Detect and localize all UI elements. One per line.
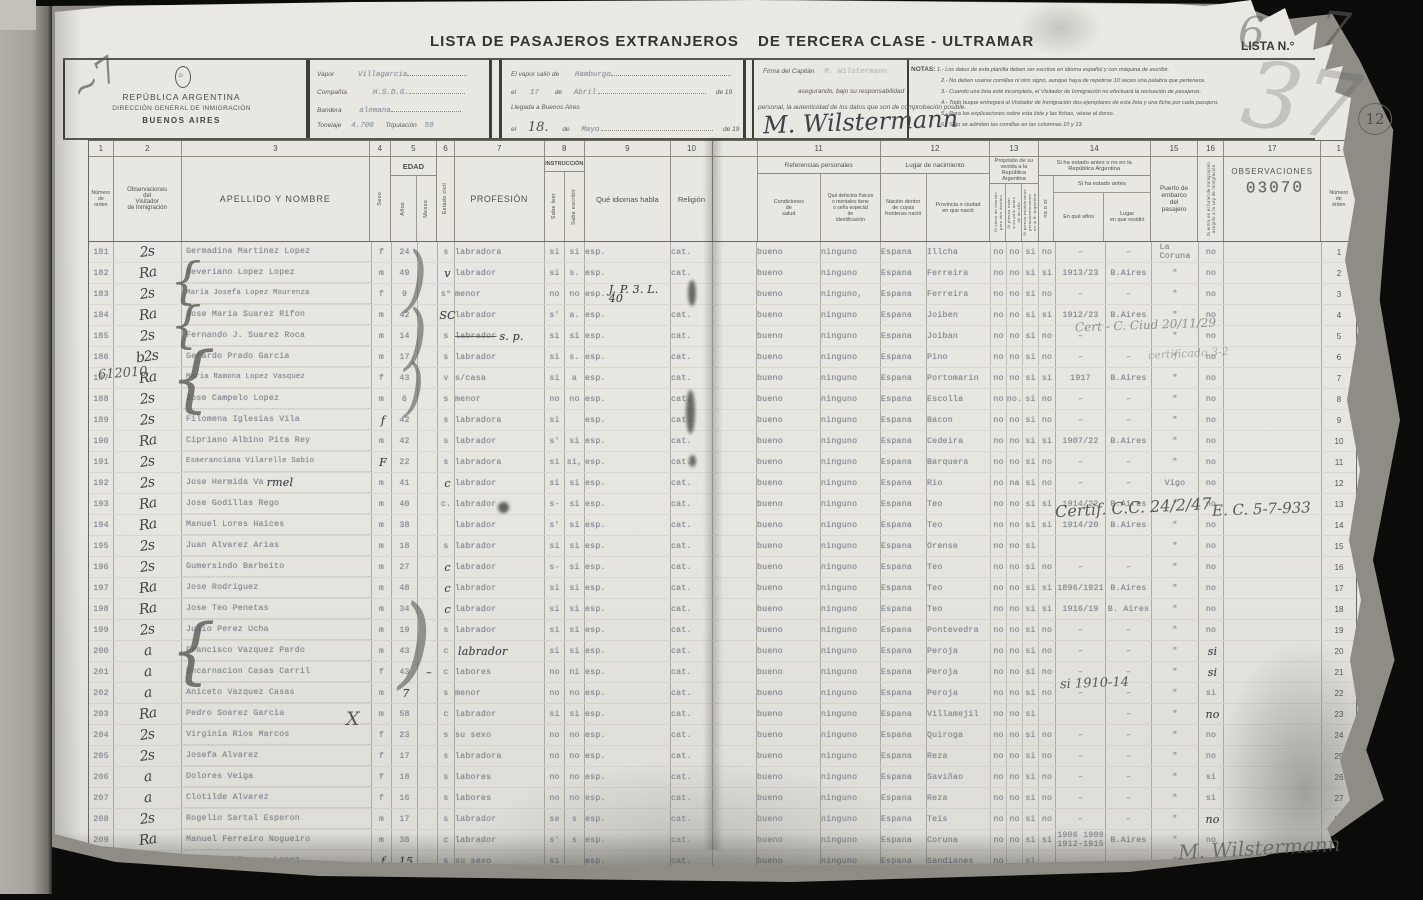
cell-nacion: Espana (880, 452, 926, 472)
cell-anos: 41 (391, 473, 417, 493)
cell-nacion: Espana (880, 557, 926, 577)
cell-idioma: esp. (584, 641, 670, 661)
cell-prof: labradora (454, 242, 544, 262)
cell-provincia: Portomarin (926, 368, 990, 388)
cell-provincia: Escolla (926, 389, 990, 409)
col-hotel-inmigracion: 16Si entra en el hotel de Inmigración ac… (1197, 141, 1223, 241)
cell-name: Cipriano Albino Pita Rey (181, 431, 371, 451)
cell-num: 185 (89, 326, 113, 346)
cell-sex: m (371, 494, 391, 514)
cell-nacion: Espana (880, 788, 926, 808)
cell-p2: no. (1006, 389, 1022, 409)
nota-5: 5.- Para las explicaciones sobre esta li… (941, 111, 1114, 117)
cell-idioma: esp. (584, 263, 670, 283)
cell-defecto: ninguno, (820, 284, 880, 304)
cell-provincia: Teo (926, 557, 990, 577)
document-page: LISTA DE PASAJEROS EXTRANJEROS DE TERCER… (55, 0, 1367, 866)
cell-leer: si (544, 473, 564, 493)
cell-civil: c (437, 473, 454, 493)
cell-puerto: " (1151, 662, 1198, 682)
cell-sex: F (371, 452, 391, 472)
cell-anos: 40 (391, 494, 417, 514)
hw-age-loop: ) (404, 352, 424, 424)
cell-obs: 2s (113, 809, 181, 829)
notas-label: NOTAS: (911, 66, 935, 73)
cell-civil: s (437, 326, 454, 346)
cell-provincia: Peroja (926, 641, 990, 661)
cell-anos2: – (1055, 242, 1105, 262)
cell-num: 184 (89, 305, 113, 325)
cell-antes: no (1038, 347, 1055, 367)
cell-p1: no (990, 809, 1006, 829)
vapor-value: Villagarcia (358, 71, 408, 79)
cell-leer: no (544, 788, 564, 808)
cell-name: Josefa Alvarez (181, 746, 371, 766)
hw-age-loop: ) (398, 585, 432, 700)
cell-nacion: Espana (880, 578, 926, 598)
cell-c16: no (1198, 410, 1223, 430)
cell-idioma: esp. (584, 557, 670, 577)
cell-defecto: ninguno (820, 515, 880, 535)
cell-civil: c (437, 557, 454, 577)
cell-gap (712, 830, 756, 850)
compania-label: Compañía (317, 89, 347, 96)
nota-4: 4.- Todo buque entregará al Visitador de… (941, 100, 1219, 106)
cell-meses (417, 536, 437, 556)
cell-provincia: Reza (926, 788, 990, 808)
cell-escribir: si (564, 326, 584, 346)
cell-civil: s (437, 767, 454, 787)
cell-escribir: no (564, 767, 584, 787)
el-label2: el (511, 126, 516, 133)
cell-provincia: Coruna (926, 830, 990, 850)
ink-smudge (688, 280, 696, 306)
cell-sex: m (371, 641, 391, 661)
nota-2: 2.- No deben usarse comillas ni otro sig… (941, 78, 1206, 84)
cell-name: Jose Hermida Varmel (181, 473, 371, 493)
cell-defecto: ninguno (820, 683, 880, 703)
cell-prof: labrador (454, 473, 544, 493)
cell-provincia: Reza (926, 746, 990, 766)
cell-puerto: " (1151, 536, 1198, 556)
cell-sex: m (371, 557, 391, 577)
cell-escribir: no (564, 284, 584, 304)
cell-num: 206 (89, 767, 113, 787)
cell-c16: no (1198, 809, 1223, 829)
cell-num: 204 (89, 725, 113, 745)
cell-p2: no (1006, 263, 1022, 283)
cell-c16: no (1198, 536, 1223, 556)
cell-salud: bueno (756, 620, 820, 640)
cell-puerto: " (1151, 704, 1198, 724)
cell-salud: bueno (756, 515, 820, 535)
cell-meses (417, 494, 437, 514)
cell-obs17 (1223, 809, 1321, 829)
cell-idioma: esp.J. P. 3. L. 40 (584, 284, 670, 304)
cell-prof: labrador (454, 704, 544, 724)
cell-p3: si (1022, 305, 1038, 325)
cell-obs17 (1223, 746, 1321, 766)
cell-salud: bueno (756, 662, 820, 682)
cell-name: Gumersindo Barbeito (181, 557, 371, 577)
cell-c16: no (1198, 431, 1223, 451)
cell-obs17 (1223, 578, 1321, 598)
cell-idioma: esp. (584, 452, 670, 472)
cell-p1: no (990, 347, 1006, 367)
cell-lugar: B.Aires (1105, 830, 1151, 850)
cell-leer: si (544, 641, 564, 661)
cell-p1: no (990, 431, 1006, 451)
cell-prof: labores (454, 788, 544, 808)
cell-p2: no (1006, 809, 1022, 829)
cell-puerto: La Coruna (1151, 242, 1198, 262)
cell-p3: si (1022, 473, 1038, 493)
cell-sex: m (371, 473, 391, 493)
cell-anos2: 1917 (1055, 368, 1105, 388)
cell-civil: s (437, 725, 454, 745)
cell-name: Rogelio Sartal Esperon (181, 809, 371, 829)
cell-antes: si (1038, 830, 1055, 850)
cell-meses (417, 746, 437, 766)
cell-antes: si (1038, 305, 1055, 325)
cell-p3: si (1022, 410, 1038, 430)
cell-p2: no (1006, 431, 1022, 451)
cell-puerto: " (1151, 452, 1198, 472)
cell-leer: si (544, 452, 564, 472)
cell-antes (1038, 704, 1055, 724)
cell-escribir: no (564, 746, 584, 766)
cell-anos2: 1906 1909 1912-1915 (1055, 830, 1105, 850)
cell-obs17 (1223, 620, 1321, 640)
cell-p2: no (1006, 746, 1022, 766)
scanned-passenger-list: LISTA DE PASAJEROS EXTRANJEROS DE TERCER… (0, 0, 1423, 900)
cell-p3: si (1022, 662, 1038, 682)
cell-antes: no (1038, 809, 1055, 829)
cell-defecto: ninguno (820, 242, 880, 262)
cell-anos: 18 (391, 536, 417, 556)
cell-antes: no (1038, 746, 1055, 766)
llegada-label: Llegada a Buenos Aires (511, 104, 580, 111)
cell-c16: no (1198, 284, 1223, 304)
cell-prof: labrador (454, 578, 544, 598)
nota-6: 6.- Sólo se admiten las comillas en las … (941, 122, 1083, 128)
de-label2: de (562, 126, 569, 133)
divider (499, 60, 502, 138)
cell-p2: no (1006, 830, 1022, 850)
cell-lugar: – (1105, 557, 1151, 577)
cell-nacion: Espana (880, 620, 926, 640)
cell-escribir: si (564, 473, 584, 493)
cell-p1: no (990, 494, 1006, 514)
cell-civil: c (437, 704, 454, 724)
cell-prof: labrador (454, 809, 544, 829)
cell-obs: Ra (113, 830, 181, 850)
cell-puerto: Vigo (1151, 473, 1198, 493)
cell-provincia: Peroja (926, 683, 990, 703)
cell-puerto: " (1151, 368, 1198, 388)
cell-obs: a (113, 788, 181, 808)
cell-salud: bueno (756, 767, 820, 787)
cell-defecto: ninguno (820, 662, 880, 682)
cell-meses (417, 473, 437, 493)
cell-prof: s/casa (454, 368, 544, 388)
cell-p1: no (990, 788, 1006, 808)
cell-anos: 42 (391, 431, 417, 451)
cell-lugar: – (1105, 473, 1151, 493)
cell-prof: labrador (454, 263, 544, 283)
cell-ord: 16 (1321, 557, 1356, 577)
cell-antes: no (1038, 557, 1055, 577)
cell-anos2: – (1055, 410, 1105, 430)
cell-escribir: no (564, 788, 584, 808)
cell-leer: no (544, 662, 564, 682)
salio-value: Hamburgo (575, 71, 611, 79)
cell-p3: si (1022, 704, 1038, 724)
cell-sex: m (371, 599, 391, 619)
cell-civil: s° (437, 284, 454, 304)
cell-anos2: 1896/1921 (1055, 578, 1105, 598)
cell-salud: bueno (756, 578, 820, 598)
cell-nacion: Espana (880, 599, 926, 619)
cell-p3: si (1022, 725, 1038, 745)
cell-p3: si (1022, 515, 1038, 535)
cell-meses (417, 830, 437, 850)
cell-salud: bueno (756, 641, 820, 661)
cell-meses (417, 431, 437, 451)
cell-obs: Ra (113, 704, 181, 724)
cell-nacion: Espana (880, 431, 926, 451)
cell-leer: no (544, 389, 564, 409)
cell-lugar: – (1105, 452, 1151, 472)
cell-nacion: Espana (880, 704, 926, 724)
cell-defecto: ninguno (820, 410, 880, 430)
cell-defecto: ninguno (820, 326, 880, 346)
cell-p2: no (1006, 725, 1022, 745)
cell-antes: no (1038, 473, 1055, 493)
cell-lugar: – (1105, 809, 1151, 829)
cell-sex: m (371, 347, 391, 367)
ink-smudge (689, 455, 696, 467)
cell-name: Clotilde Alvarez (181, 788, 371, 808)
cell-obs17 (1223, 725, 1321, 745)
cell-salud: bueno (756, 263, 820, 283)
cell-defecto: ninguno (820, 536, 880, 556)
cell-prof: labradors. p. (454, 326, 544, 346)
cell-p3: si (1022, 536, 1038, 556)
cell-p3: si (1022, 557, 1038, 577)
cell-idioma: esp. (584, 599, 670, 619)
cell-provincia: Villamejil (926, 704, 990, 724)
cell-anos2: – (1055, 641, 1105, 661)
cell-obs: 2s (113, 536, 181, 556)
cell-sex: m (371, 830, 391, 850)
cell-lugar: – (1105, 704, 1151, 724)
cell-civil: SC (437, 305, 454, 325)
cell-escribir: si (564, 557, 584, 577)
col-edad: 5 EDAD AñosMeses (390, 141, 436, 241)
cell-leer: s' (544, 830, 564, 850)
cell-salud: bueno (756, 368, 820, 388)
cell-puerto: " (1151, 809, 1198, 829)
cell-salud: bueno (756, 389, 820, 409)
cell-idioma: esp. (584, 662, 670, 682)
cell-c16: no (1198, 263, 1223, 283)
cell-sex: f (371, 368, 391, 388)
cell-num: 183 (89, 284, 113, 304)
cell-c16: no (1198, 368, 1223, 388)
cell-p1: no (990, 662, 1006, 682)
cell-nacion: Espana (880, 305, 926, 325)
cell-provincia: Ferreira (926, 263, 990, 283)
cell-p1: no (990, 473, 1006, 493)
cell-c16: no (1198, 242, 1223, 262)
cell-anos: 17 (391, 809, 417, 829)
cell-escribir: si (564, 599, 584, 619)
cell-name: Germadina Martinez Lopez (181, 242, 371, 262)
cell-idioma: esp. (584, 347, 670, 367)
cell-nacion: Espana (880, 326, 926, 346)
cell-puerto: " (1151, 515, 1198, 535)
cell-salud: bueno (756, 557, 820, 577)
cell-obs17 (1223, 662, 1321, 682)
cell-nacion: Espana (880, 809, 926, 829)
cell-salud: bueno (756, 725, 820, 745)
cell-sex: f (371, 788, 391, 808)
cell-nacion: Espana (880, 494, 926, 514)
cell-prof: labrador (454, 599, 544, 619)
cell-prof: labores (454, 767, 544, 787)
cell-obs17 (1223, 263, 1321, 283)
cell-lugar: B.Aires (1105, 368, 1151, 388)
cell-sex: f (371, 662, 391, 682)
cell-civil: c (437, 662, 454, 682)
cell-salud: bueno (756, 704, 820, 724)
cell-anos2 (1055, 704, 1105, 724)
cell-obs17 (1223, 683, 1321, 703)
cell-lugar: B.Aires (1105, 263, 1151, 283)
cell-escribir: s. (564, 347, 584, 367)
cell-obs17 (1223, 767, 1321, 787)
cell-civil: s (437, 746, 454, 766)
cell-lugar: – (1105, 347, 1151, 367)
cell-ord: 6 (1321, 347, 1356, 367)
stamp-number: 03070 (1230, 178, 1320, 198)
cell-p1: no (990, 599, 1006, 619)
col-sexo: 4Sexo (369, 141, 390, 241)
cell-civil: s (437, 788, 454, 808)
cell-obs: Ra (113, 431, 181, 451)
cell-salud: bueno (756, 683, 820, 703)
cell-defecto: ninguno (820, 263, 880, 283)
cell-idioma: esp. (584, 830, 670, 850)
cell-lugar: – (1105, 242, 1151, 262)
cell-escribir: s (564, 809, 584, 829)
cell-ord: 18 (1321, 599, 1356, 619)
cell-ord: 23 (1321, 704, 1356, 724)
cell-antes: si (1038, 599, 1055, 619)
cell-sex: m (371, 578, 391, 598)
cell-idioma: esp. (584, 368, 670, 388)
cell-leer: s' (544, 515, 564, 535)
cell-idioma: esp. (584, 809, 670, 829)
cell-c16: no (1198, 746, 1223, 766)
cell-lugar: B. Aires (1105, 599, 1151, 619)
cell-civil: s (437, 242, 454, 262)
cell-antes: no (1038, 725, 1055, 745)
cell-p2: no (1006, 578, 1022, 598)
cell-p2: no (1006, 599, 1022, 619)
cell-c16: no (1198, 557, 1223, 577)
cell-salud: bueno (756, 536, 820, 556)
cell-obs17 (1223, 704, 1321, 724)
cell-num: 186 (89, 347, 113, 367)
cell-escribir: s. (564, 263, 584, 283)
cell-p3: si (1022, 326, 1038, 346)
cell-antes: no (1038, 452, 1055, 472)
cell-escribir: si, (564, 452, 584, 472)
cell-escribir (564, 410, 584, 430)
cell-anos2: – (1055, 746, 1105, 766)
cell-p3: si (1022, 620, 1038, 640)
cell-anos2: – (1055, 767, 1105, 787)
cell-antes: no (1038, 662, 1055, 682)
cell-p3: si (1022, 746, 1038, 766)
col-idiomas: 9Qué idiomas habla (584, 141, 670, 241)
cell-sex: m (371, 515, 391, 535)
cell-p2: no (1006, 305, 1022, 325)
cell-p3: si (1022, 263, 1038, 283)
cell-sex: m (371, 305, 391, 325)
page-title: LISTA DE PASAJEROS EXTRANJEROS (430, 33, 739, 50)
cell-prof: labrador (454, 830, 544, 850)
cell-obs: 2s (113, 557, 181, 577)
divider (306, 60, 310, 138)
cell-leer: no (544, 746, 564, 766)
cell-defecto: ninguno (820, 494, 880, 514)
cell-p2: no (1006, 620, 1022, 640)
cell-anos: 58 (391, 704, 417, 724)
cell-provincia: Illcha (926, 242, 990, 262)
cell-prof: labradora (454, 746, 544, 766)
llegada-month: Mayo (581, 126, 599, 134)
cell-c16: si (1198, 641, 1223, 661)
circled-number: 12 (1358, 103, 1392, 135)
cell-leer: si (544, 536, 564, 556)
cell-c16: no (1198, 704, 1223, 724)
cell-anos: 17 (391, 746, 417, 766)
cell-provincia: Teis (926, 809, 990, 829)
cell-civil: c (437, 641, 454, 661)
cell-antes: si (1038, 431, 1055, 451)
cell-escribir: si (564, 641, 584, 661)
cell-antes: no (1038, 641, 1055, 661)
cell-escribir: s (564, 830, 584, 850)
cell-escribir: a (564, 368, 584, 388)
cell-puerto: " (1151, 746, 1198, 766)
cell-p1: no (990, 620, 1006, 640)
firma-label: Firma del Capitán (763, 68, 814, 75)
cell-leer: s- (544, 494, 564, 514)
cell-obs17 (1223, 242, 1321, 262)
cell-escribir: si (564, 578, 584, 598)
cell-civil (437, 515, 454, 535)
cell-defecto: ninguno (820, 347, 880, 367)
left-corner-scrap (0, 0, 36, 30)
firma-typed: M. Wilstermann (824, 68, 887, 76)
cell-anos2: – (1055, 473, 1105, 493)
cell-ord: 13 (1321, 494, 1356, 514)
cell-num: 208 (89, 809, 113, 829)
